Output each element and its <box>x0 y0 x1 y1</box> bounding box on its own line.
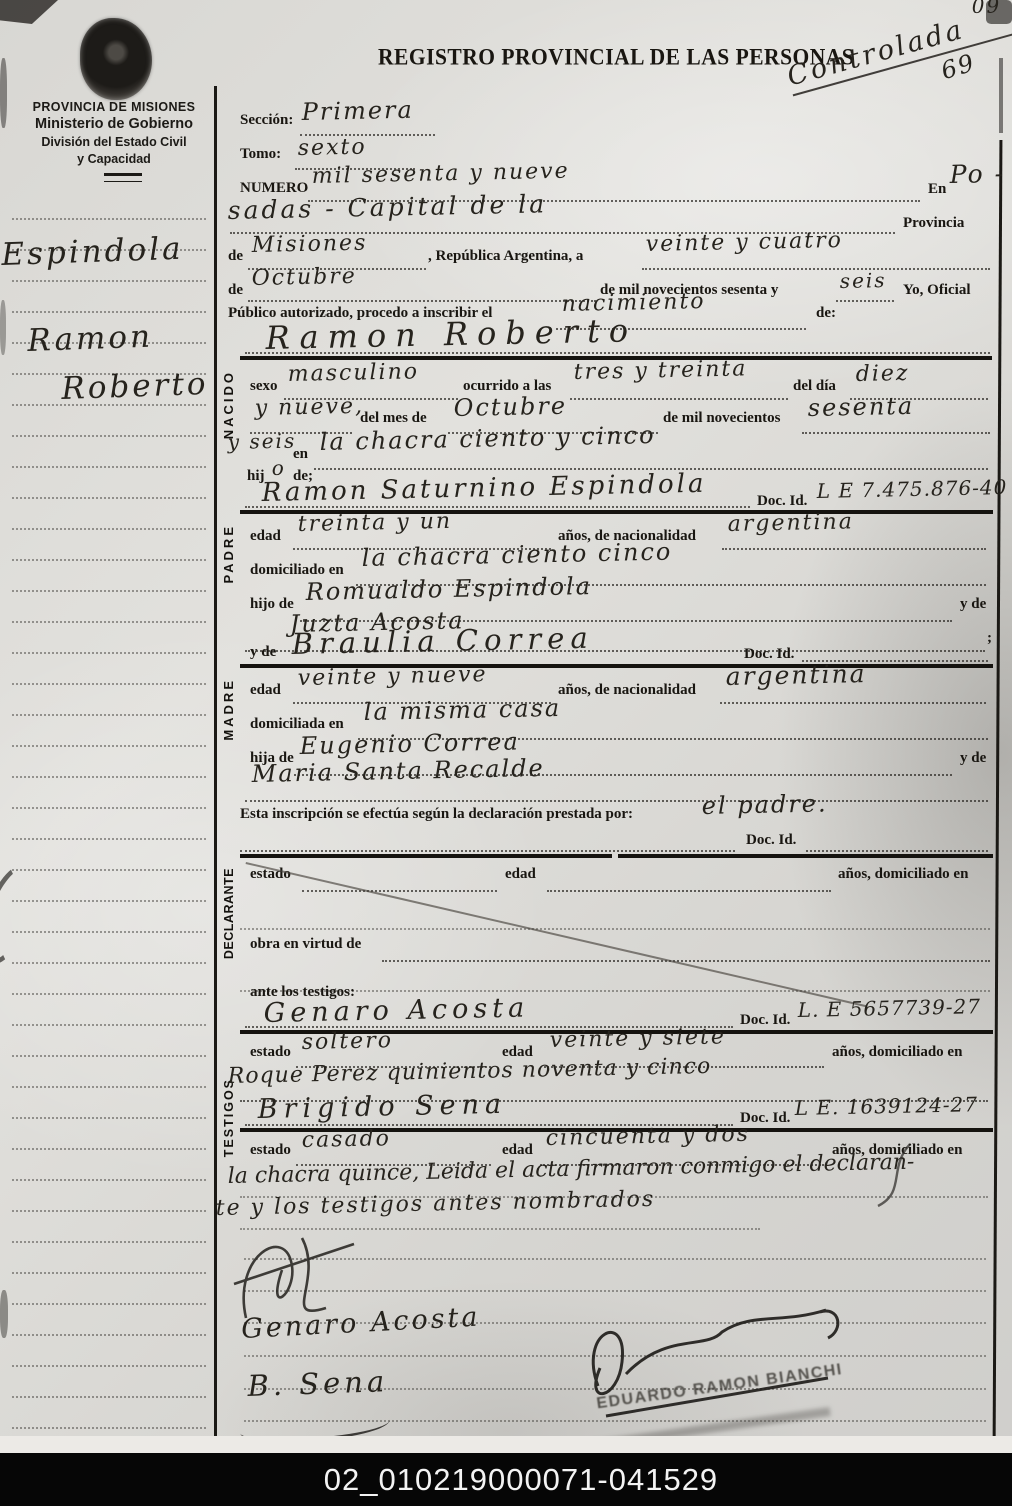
madre-name-value: Braulia Correa <box>291 624 594 659</box>
padre-docid-value: L E 7.475.876-40 <box>817 477 1008 501</box>
year-value: seis <box>840 270 887 291</box>
double-rule <box>240 854 612 858</box>
margin-middle-name: Roberto <box>61 369 209 405</box>
sexo-label: sexo <box>250 378 278 395</box>
section-label-declarante: DECLARANTE <box>222 868 236 959</box>
acta-closing-value: te y los testigos antes nombrados <box>216 1189 656 1220</box>
field-line <box>722 548 986 550</box>
margin-ruled-line <box>12 1024 206 1026</box>
margin-ruled-line <box>12 1086 206 1088</box>
field-line <box>806 850 988 852</box>
testigo1-docid-label: Doc. Id. <box>740 1012 790 1029</box>
numero-value: mil sesenta y nueve <box>312 161 570 188</box>
registered-name-value: Ramon Roberto <box>265 314 637 354</box>
field-line <box>642 268 990 270</box>
madre-dom-value: la misma casa <box>363 696 561 724</box>
padre-edad-label: edad <box>250 528 281 545</box>
padre-abuelo-value: Romualdo Espindola <box>305 574 592 604</box>
field-line <box>802 432 990 434</box>
siglo-label: de mil novecientos <box>663 410 781 427</box>
section-label-padre: PADRE <box>221 524 236 584</box>
testigo2-estado-value: casado <box>302 1128 392 1152</box>
testigo1-docid-value: L. E 5657739-27 <box>798 996 982 1020</box>
margin-ruled-line <box>12 1334 206 1336</box>
field-line <box>245 506 750 508</box>
margin-ruled-line <box>12 807 206 809</box>
seccion-value: Primera <box>301 98 414 124</box>
mes-label: del mes de <box>360 410 427 427</box>
day-value: veinte y cuatro <box>646 230 844 256</box>
de-label: de <box>228 248 243 265</box>
de-colon-label: de: <box>816 305 836 322</box>
madre-nacionalidad-value: argentina <box>725 661 866 689</box>
provincia-label: Provincia <box>903 215 964 232</box>
margin-first-name: Ramon <box>27 322 154 357</box>
margin-ruled-line <box>12 1210 206 1212</box>
field-line <box>570 398 788 400</box>
margin-ruled-line <box>12 311 206 313</box>
margin-ruled-line <box>12 993 206 995</box>
diagonal-annotation: Controlada 69 <box>784 0 1012 123</box>
margin-ruled-line <box>12 900 206 902</box>
margin-ruled-line <box>12 962 206 964</box>
seccion-label: Sección: <box>240 112 293 129</box>
margin-ruled-line <box>12 776 206 778</box>
double-rule <box>618 854 993 858</box>
madre-nacionalidad-label: años, de nacionalidad <box>558 682 696 699</box>
margin-ruling <box>0 0 210 1450</box>
testigo1-name-value: Genaro Acosta <box>263 994 529 1027</box>
margin-ruled-line <box>12 652 206 654</box>
madre-yde-label: y de <box>250 644 276 661</box>
padre-nacionalidad-value: argentina <box>728 511 855 536</box>
scanned-birth-certificate: PROVINCIA DE MISIONES Ministerio de Gobi… <box>0 0 1012 1506</box>
madre-abuelo-value: Eugenio Correa <box>299 729 519 758</box>
declarante-obra-label: obra en virtud de <box>250 936 361 953</box>
mes-value: Octubre <box>453 394 567 420</box>
margin-ruled-line <box>12 1396 206 1398</box>
republica-label: , República Argentina, a <box>428 248 583 265</box>
testigo1-domicilio-value: Roque Perez quinientos noventa y cinco <box>228 1056 712 1088</box>
padre-yde-label: y de <box>960 596 986 613</box>
madre-yde2-label: y de <box>960 750 986 767</box>
page-title: REGISTRO PROVINCIAL DE LAS PERSONAS <box>378 45 854 71</box>
scan-code-text: 02_010219000071-041529 <box>324 1462 718 1498</box>
margin-ruled-line <box>12 1241 206 1243</box>
field-line <box>240 928 990 930</box>
edge-smudge <box>999 58 1003 133</box>
testigo1-estado-value: soltero <box>302 1030 394 1054</box>
margin-ruled-line <box>12 931 206 933</box>
margin-ruled-line <box>12 1148 206 1150</box>
margin-ruled-line <box>12 621 206 623</box>
madre-edad-value: veinte y nueve <box>298 664 488 690</box>
anio-value: sesenta <box>807 394 914 420</box>
margin-ruled-line <box>12 280 206 282</box>
margin-ruled-line <box>12 1055 206 1057</box>
padre-name-value: Ramon Saturnino Espindola <box>261 471 706 506</box>
field-line <box>240 850 735 852</box>
yo-oficial-label: Yo, Oficial <box>903 282 971 299</box>
padre-dom-label: domiciliado en <box>250 562 344 579</box>
declaracion-text: Esta inscripción se efectúa según la dec… <box>240 806 633 823</box>
field-line <box>720 702 986 704</box>
madre-dom-label: domiciliada en <box>250 716 344 733</box>
dia-value2: y nueve, <box>255 396 365 420</box>
scan-code-bar: 02_010219000071-041529 <box>0 1453 1012 1506</box>
testigo1-estado-label: estado <box>250 1044 291 1061</box>
field-line <box>248 300 596 302</box>
declarante-anios-label: años, domiciliado en <box>838 866 968 883</box>
margin-ruled-line <box>12 1179 206 1181</box>
section-label-testigos: TESTIGOS <box>222 1078 236 1157</box>
field-line <box>382 960 990 962</box>
margin-ruled-line <box>12 683 206 685</box>
margin-ruled-line <box>12 838 206 840</box>
declaracion-value: el padre. <box>701 791 827 818</box>
padre-hijo-label: hijo de <box>250 596 294 613</box>
margin-ruled-line <box>12 435 206 437</box>
margin-ruled-line <box>12 869 206 871</box>
field-line <box>245 800 988 802</box>
corner-number: 09 <box>972 0 1002 16</box>
margin-ruled-line <box>12 1427 206 1429</box>
field-line <box>836 300 894 302</box>
margin-ruled-line <box>12 590 206 592</box>
margin-ruled-line <box>12 559 206 561</box>
provincia-value: Misiones <box>252 233 368 257</box>
sexo-value: masculino <box>288 361 420 386</box>
padre-docid-label: Doc. Id. <box>757 493 807 510</box>
madre-edad-label: edad <box>250 682 281 699</box>
margin-ruled-line <box>12 218 206 220</box>
margin-ruled-line <box>12 528 206 530</box>
city-value: sadas - Capital de la <box>227 191 547 223</box>
declarante-edad-label: edad <box>505 866 536 883</box>
dia-label: del día <box>793 378 836 395</box>
margin-ruled-line <box>12 1272 206 1274</box>
tomo-value: sexto <box>298 137 367 160</box>
field-line <box>245 352 990 354</box>
margin-surname: Espindola <box>1 234 184 271</box>
testigo1-anios-label: años, domiciliado en <box>832 1044 962 1061</box>
margin-ruled-line <box>12 1365 206 1367</box>
padre-punct: ; <box>987 630 992 647</box>
en-label: En <box>928 181 946 198</box>
left-form-rule <box>214 86 217 1450</box>
testigo2-name-value: Brigido Sena <box>257 1091 507 1123</box>
margin-ruled-line <box>12 1303 206 1305</box>
right-form-rule <box>993 140 1003 1450</box>
dia-value: diez <box>856 363 910 386</box>
section-label-madre: MADRE <box>221 678 236 741</box>
hora-value: tres y treinta <box>574 358 748 384</box>
padre-dom-value: la chacra ciento cinco <box>361 539 672 570</box>
testigo1-edad-value: veinte y siete <box>550 1026 727 1052</box>
margin-ruled-line <box>12 497 206 499</box>
testigo2-domicilio-value: la chacra quince, Leida el acta firmaron… <box>228 1152 915 1188</box>
hijo-o-value: o <box>272 458 286 478</box>
margin-squiggle <box>868 1140 918 1212</box>
testigo2-edad-label: edad <box>502 1142 533 1159</box>
testigo2-estado-label: estado <box>250 1142 291 1159</box>
margin-ruled-line <box>12 745 206 747</box>
de2-label: de <box>228 282 243 299</box>
field-line <box>302 890 497 892</box>
lugar-value: la chacra ciento y cinco <box>319 423 655 454</box>
margin-ruled-line <box>12 714 206 716</box>
anio-value2: y seis <box>228 431 297 452</box>
testigo2-edad-value: cincuenta y dos <box>546 1124 751 1150</box>
declarante-docid-label: Doc. Id. <box>746 832 796 849</box>
testigo2-signature: B. Sena <box>247 1367 389 1401</box>
month-value: Octubre <box>252 266 357 290</box>
margin-ruled-line <box>12 1117 206 1119</box>
madre-abuela-value: Maria Santa Recalde <box>251 756 544 786</box>
tomo-label: Tomo: <box>240 146 281 163</box>
en-value: Po - <box>949 161 1005 187</box>
field-line <box>547 890 831 892</box>
padre-edad-value: treinta y un <box>298 511 453 536</box>
en-label2: en <box>293 446 308 463</box>
margin-ruled-line <box>12 466 206 468</box>
testigo2-docid-value: L E. 1639124-27 <box>795 1094 979 1118</box>
